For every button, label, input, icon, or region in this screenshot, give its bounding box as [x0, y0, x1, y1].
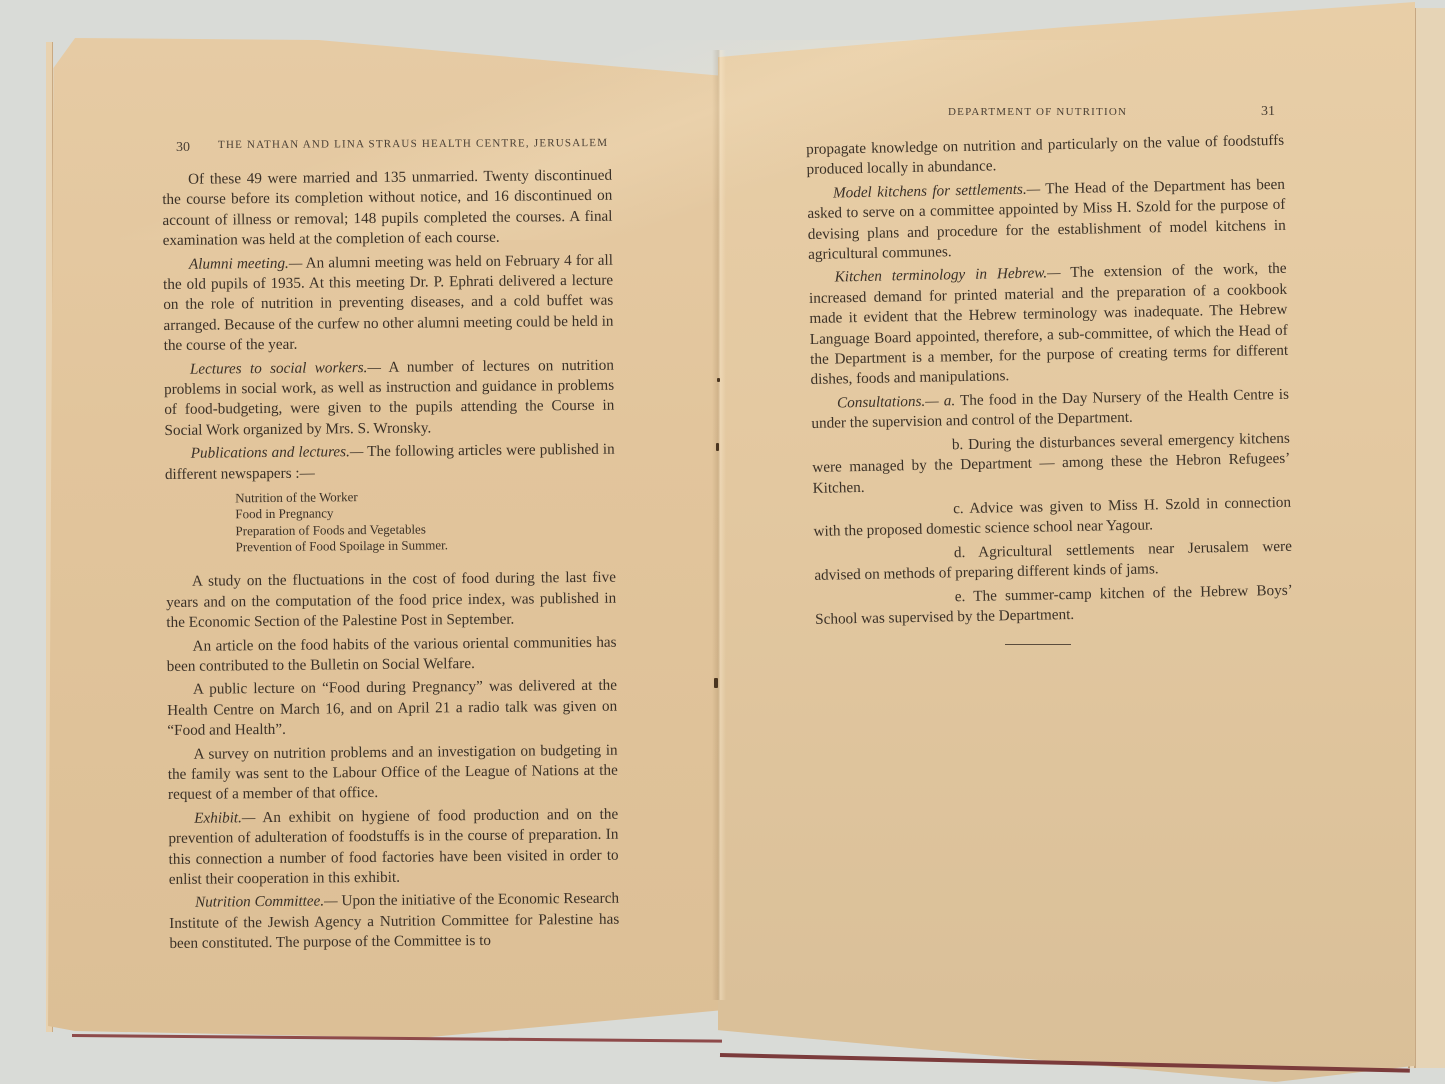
section-heading: Kitchen terminology in Hebrew.— — [834, 265, 1060, 286]
paragraph: Kitchen terminology in Hebrew.— The exte… — [808, 259, 1288, 391]
paragraph: Model kitchens for settlements.— The Hea… — [807, 175, 1286, 266]
consultation-item: c. Advice was given to Miss H. Szold in … — [813, 493, 1292, 543]
paragraph: A public lecture on “Food during Pregnan… — [167, 676, 618, 742]
section-heading: Alumni meeting.— — [189, 254, 303, 272]
section-end-rule — [1005, 644, 1071, 645]
right-page-body: propagate knowledge on nutrition and par… — [806, 131, 1293, 630]
section-heading: Exhibit.— — [194, 809, 255, 827]
section-heading: Nutrition Committee.— — [195, 893, 338, 911]
section-heading: Model kitchens for settlements.— — [833, 180, 1040, 201]
spine-blemish — [716, 443, 719, 451]
paragraph: An article on the food habits of the var… — [166, 632, 616, 677]
paragraph: Nutrition Committee.— Upon the initiativ… — [169, 889, 620, 955]
book-spine — [712, 50, 726, 1000]
running-head-left: THE NATHAN AND LINA STRAUS HEALTH CENTRE… — [218, 137, 608, 151]
spine-blemish — [717, 378, 720, 382]
paragraph: Publications and lectures.— The followin… — [165, 440, 615, 485]
article-list: Nutrition of the Worker Food in Pregnanc… — [235, 487, 616, 556]
consultation-item: d. Agricultural settlements near Jerusal… — [814, 536, 1293, 586]
section-heading: Consultations.— — [837, 392, 939, 411]
page-number-right: 31 — [1261, 104, 1275, 120]
paragraph: Alumni meeting.— An alumni meeting was h… — [163, 250, 614, 356]
open-book-photo: 30 THE NATHAN AND LINA STRAUS HEALTH CEN… — [0, 0, 1445, 1084]
consultation-item: b. During the disturbances several emerg… — [812, 428, 1291, 498]
section-heading: Lectures to social workers.— — [190, 359, 381, 378]
left-page-body: Of these 49 were married and 135 unmarri… — [162, 166, 620, 955]
page-number-left: 30 — [176, 140, 190, 156]
paragraph: propagate knowledge on nutrition and par… — [806, 131, 1285, 181]
paragraph: Of these 49 were married and 135 unmarri… — [162, 166, 613, 252]
paragraph: A study on the fluctuations in the cost … — [166, 568, 617, 634]
section-heading: Publications and lectures.— — [191, 443, 364, 462]
paragraph: A survey on nutrition problems and an in… — [168, 740, 619, 806]
paragraph: Lectures to social workers.— A number of… — [164, 355, 615, 441]
paragraph: Consultations.— a. The food in the Day N… — [811, 385, 1290, 435]
spine-blemish — [714, 678, 718, 688]
running-head-right: DEPARTMENT OF NUTRITION — [948, 106, 1127, 118]
article-title: Prevention of Food Spoilage in Summer. — [236, 536, 616, 556]
paragraph: Exhibit.— An exhibit on hygiene of food … — [168, 804, 619, 890]
